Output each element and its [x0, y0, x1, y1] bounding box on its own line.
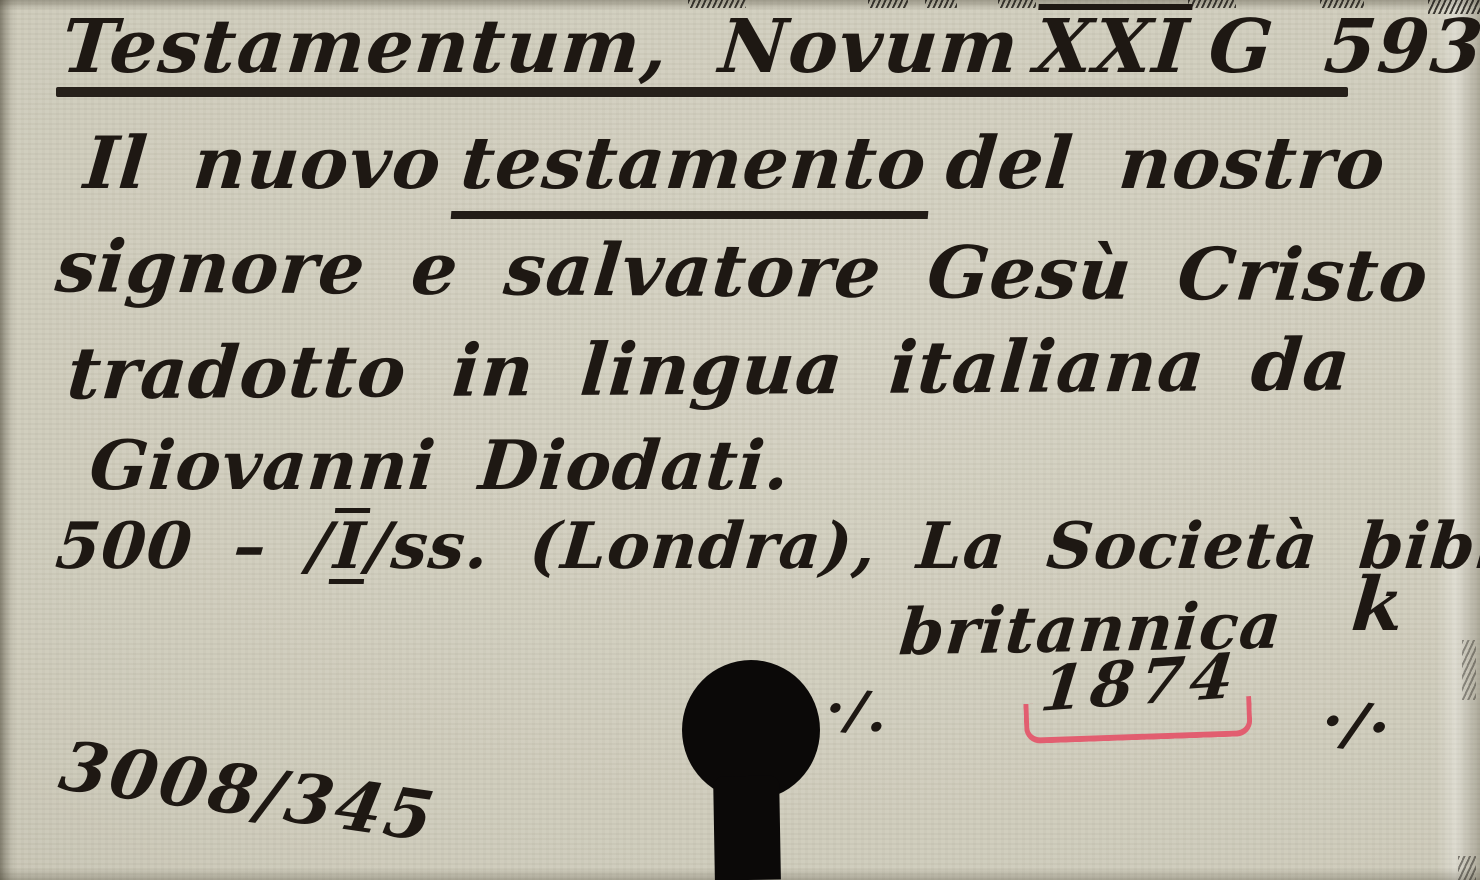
title-line-1-post: del nostro — [943, 120, 1389, 205]
check-mark-right: ·/· — [1317, 685, 1396, 764]
collation-post: /ss. (Londra), La Società biblica — [364, 509, 1480, 584]
title-underlined-word: testamento — [451, 120, 937, 219]
imprint-line: 500 – /I/ss. (Londra), La Società biblic… — [53, 508, 1480, 584]
heading-line: Testamentum, NovumXXIG 5932(8o — [58, 4, 1480, 90]
title-line-1: Il nuovotestamentodel nostro — [80, 120, 1390, 219]
year-pink-underline — [1023, 696, 1252, 744]
collation-pre: 500 – / — [53, 509, 336, 584]
heading-underline-rule — [56, 87, 1348, 97]
title-line-3: tradotto in lingua italiana da — [64, 322, 1354, 416]
catalog-card: Testamentum, NovumXXIG 5932(8o Il nuovot… — [0, 0, 1480, 880]
scan-artifact — [1462, 640, 1476, 700]
card-left-edge — [0, 0, 16, 880]
scan-artifact — [1458, 856, 1476, 880]
marginal-letter-k: k — [1348, 562, 1408, 648]
card-right-edge — [1436, 0, 1480, 880]
title-line-4-author: Giovanni Diodati. — [87, 426, 794, 506]
heading-roman-numeral: XXI — [1032, 4, 1193, 82]
heading-entry: Testamentum, Novum — [58, 4, 1023, 90]
heading-shelfmark: G 5932 — [1205, 4, 1480, 90]
title-line-1-pre: Il nuovo — [81, 120, 445, 205]
accession-number: 3008/345 — [54, 726, 443, 858]
title-line-2: signore e salvatore Gesù Cristo — [52, 223, 1432, 318]
punch-hole-slot — [713, 775, 781, 880]
check-mark-center: ·/. — [823, 675, 893, 745]
